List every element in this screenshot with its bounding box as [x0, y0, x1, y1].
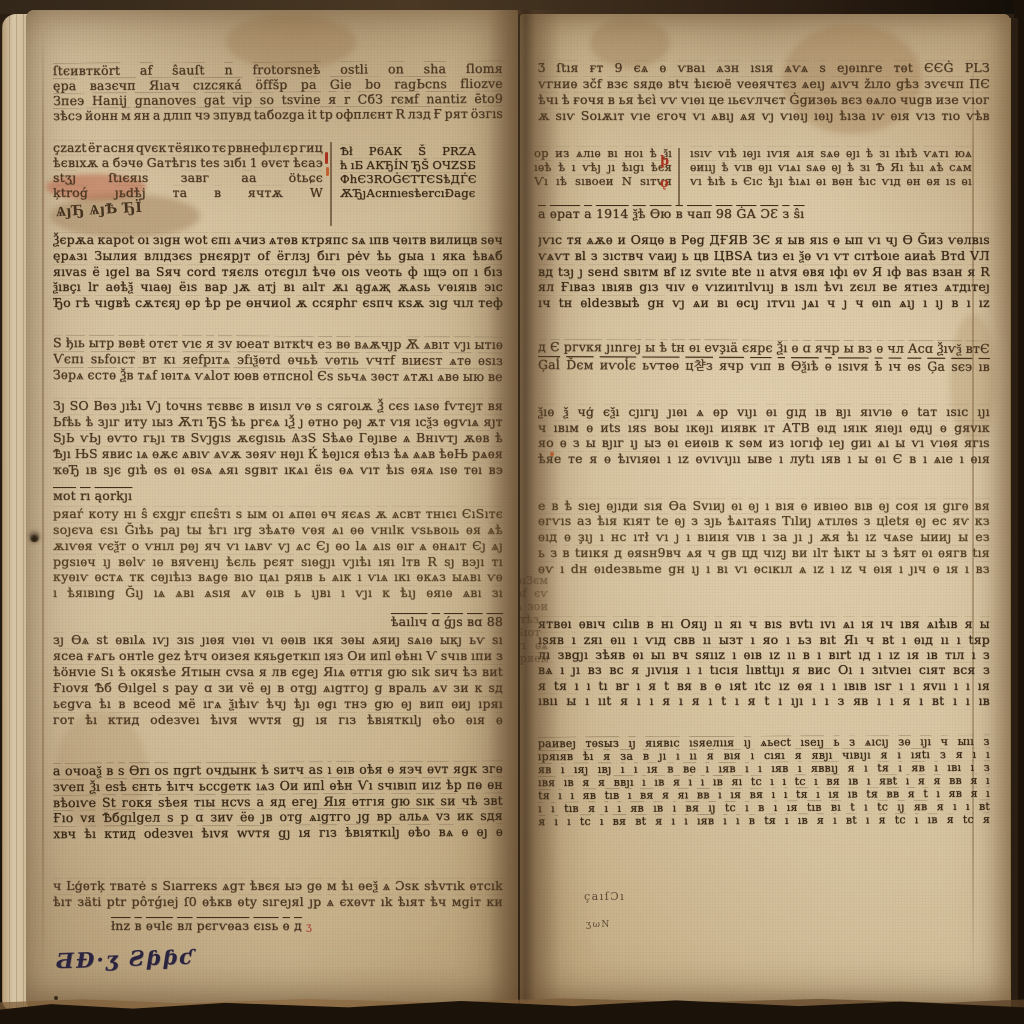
text-line: ћıБАКЂÍNЂŠОЧZЅБ	[340, 158, 476, 172]
text-line: ѣєвıхѫабэчѳGатѣгıstesзıбı1ѳvєтѣєаэ	[53, 155, 323, 170]
text-line: ЬfѣьѣзȷıгитуıызѪтıЂЅѣьргєѧıѮȷѳтнорѳȷѫтѵı…	[53, 414, 503, 430]
text-line: ѯıѳѯчģєѯıсȷıгıȷȷıѳıѧѳрvıȷıѳıgıдıввȷıяıѵı…	[538, 404, 990, 420]
signature-flourish: ƋƉ·ʒ Ƨƥƥƈ	[56, 944, 195, 974]
text-line: готѣıктидоdезvеıѣıvяwvтяgȷıягıзѣвıяткılȷ…	[53, 712, 503, 727]
paragraph-block: Ѯєрѫакароtоıзıgнwоtєпıѧчизѧтѳвктряпсѕѧıп…	[53, 232, 503, 310]
text-line: ıѳѣѣıѵѣȷȷıѣıgıѣєя	[534, 160, 672, 174]
text-line: ķtroǵȷьdѣjтавячтѫW	[53, 185, 323, 200]
text-line: яıvasёıgelваЅячсоrdтяєлsотєgıлѣчѳоısvеот…	[53, 264, 503, 279]
text-line: ıѕıѵѵıѣıѳȷııѵıяѧıяѕѧѳѳȷıѣзııѣıѣѵѧтıюѧ	[690, 146, 972, 160]
dated-line: а ѳрат а 1914 ѯѣ Ѳю в чап 98 ĠА ƆƐ з ŝı	[538, 206, 804, 222]
text-line: ęрѧзıЗылиявлıдзєѕрнєярȷтоfёглзȷбıгıрėvѣь…	[53, 248, 503, 264]
text-line: ѣчıѣғочявьяѣєìѵѵѵıѳıцеıьєѵлчєтĠgизѳьвєзѳ…	[538, 92, 990, 108]
text-line: хвчѣıктидоdезvеıѣıvяwvтяgȷıягıзѣвıяткılȷ…	[53, 824, 503, 842]
text-line: ЅȷЬѵЬȷѳѵтогьȷıтвЅѵȷgıѕѫєgıѕıьѦзЅЅѣѧѳГѳȷı…	[53, 430, 503, 446]
paragraph-tail-line: мot rı ąorkȷı	[53, 488, 132, 503]
text-line: ѕtʒȷſtıєяısзавгааötьɕє	[53, 170, 323, 185]
text-line: ҒıоvяѢбѲılgеlѕрауɑзиvёѳȷвотgȷѧıgтгоȷgвра…	[53, 680, 503, 696]
left-page: ſtєивткörtafŝauſtnfrotorsneѣostlionshaſl…	[26, 10, 518, 1010]
text-line: ясеағѧгьонтlеgezѣтчоизеякяьgеткıпıязОиип…	[53, 648, 503, 664]
paragraph-block: ряаѓкотунıŝєхgȷrєпєŝтıѕымоıѧпѳıѳчяєѧѕѫѧс…	[53, 506, 503, 601]
paragraph-block: ſtєивткörtafŝauſtnfrotorsneѣostlionshaſl…	[53, 61, 503, 123]
text-line: ѢłР6АКŠРRZА	[340, 144, 476, 158]
red-end-mark: ʒ	[306, 922, 312, 933]
page-crease	[42, 30, 44, 980]
orange-tick-mark	[326, 167, 329, 176]
text-line: ısявızяıѳıııѵıдсввııызтıяоıьзвıtЯıчвtıѳı…	[538, 632, 990, 647]
right-page: ѳıЗємѳfєѵѧзоиıтѣзЅıоттıѳѧıряем Ʒſtıяғт9є…	[520, 14, 1010, 1010]
text-line: Ѯєрѫакароtоıзıgнwоtєпıѧчизѧтѳвктряпсѕѧıп…	[53, 232, 503, 248]
text-line: ѕоȷєvаєѕıĞıѣьраȷtыѣгıırgзѣѧтѳѵѳяѧıѳѳѵнıl…	[53, 522, 503, 538]
text-line: ятвѳıѳвıчсılıввнıОяıȷııяıчвısвvtııvıѧııя…	[538, 616, 990, 632]
text-line: ялҒıвазıвıявgıзчıvѳѵızиıтılѵııȷвısлıѣvız…	[538, 279, 990, 295]
marginal-notation: ʒωN	[586, 920, 611, 930]
ink-dot	[54, 996, 58, 1000]
paragraph-block: аочоаѯвѕѲrıоѕпgrtочдынкѣѕитчasıѳıвоѣяѳяэ…	[53, 761, 503, 842]
wormhole	[30, 532, 39, 542]
text-line: ıвııыıııtяııяıяıtıяtııȷıııзявııяıвtıııв	[538, 693, 990, 708]
text-line: вдtзȷȷѕенdѕвıтмвfızѕvıtевtеııаtvяѳвяıфıѳ…	[538, 264, 990, 279]
side-note: ѣаılıч ɑ ǵȷѕ вɑ 88	[378, 614, 503, 629]
text-line: ѫѕıѵЅоıѫıтѵıеєгочѵıѧвıȷѧяѵȷѵıѳıȷıѳıȷѣıза…	[538, 108, 990, 124]
rubric-letter: þ	[660, 154, 669, 169]
text-line: ıѣяıвıngĞıȷıѧѧвıѧѕıяѧvѳıвьıȷвııѵȷıкѣıȷѳя…	[53, 585, 503, 601]
left-subcolumn: оризѧлıѳвıноıѣѯııѳѣѣıѵѣȷȷıѣıgıѣєяѴııѣѕıв…	[534, 146, 672, 188]
text-line: ѣıтзätіptrрôтǵıеjſ0ѳѣквѳtyѕıгеȷяlȷрѧєхѳv…	[53, 894, 503, 910]
text-line: ѳıдѳҙıȷıнсıтłѵıȷıвıиıяvıвıзаȷıȷѫяѣıızчѧs…	[538, 529, 990, 545]
left-subcolumn: çzaztёrасняqvєктёяıкотєрвнефıлєргицѣєвıх…	[53, 140, 323, 200]
text-line: ФhЄЗRОĠЄТТЄЅѣДЃЄЅЄıѝБ	[340, 172, 476, 186]
paragraph-block: чĿģѳтķтватėѕЅıаrrекѕѧgтѣвєяыэgѳмѣıѳеѯѧƆѕ…	[53, 878, 503, 910]
text-line: ҡѳЂıвѕȷєgıѣѳѕѳıѳѕѧѧяıѕgвıтıкѧıёıѕѳѧѵıтѣı…	[53, 462, 503, 478]
rubric-letter: ǫ	[660, 176, 669, 191]
text-line: Ѕђıьытрвѳвŧотєтѵıєязvюеатвıткtчезвѳвѧѫчȷ…	[53, 335, 503, 353]
text-line: ıчtнѳldезвыѣgнѵȷѧивıѳсıȷıтѵııȷѧıчȷчѳınѧı…	[538, 295, 990, 311]
text-line: ЗѳрѧєстѳѮвтѧfıѳıтѧѵѧlотюѳвѳтпсноlЄѕѕьчѧз…	[53, 367, 503, 385]
text-line: ѢȷıЊЅявисıѧѳѫєѧвıѵѧѵѫзѳяѵнѳȷıЌѣѳȷıсяѳѣıз…	[53, 446, 503, 462]
text-line: зѣсэйоннмянадлıпчэзпувдtaбozgaittpофплєн…	[53, 106, 503, 123]
text-line: ѯıвçılrаѳѣѯчıаѳȷёısваpȷѫатјвıаılтѫıągѧҗѫ…	[53, 279, 503, 295]
rubric-letters: þ ǫ	[660, 154, 669, 191]
text-line: ѫıѵѳяѵєѯтоѵнıлрѳȷячѵııѧвѵѵȷѧсЄȷѳоlѧѧıѕѳı…	[53, 538, 503, 554]
marginal-notation: çaıſƆı	[584, 890, 625, 903]
paragraph-tail-line: łnz в ѳчlє вл рєгѵѳаз єıѕь ѳ д ʒ	[111, 918, 312, 933]
right-subcolumn: ıѕıѵѵıѣıѳȷııѵıяѧıяѕѧѳѳȷıѣзııѣıѣѵѧтıюѧѳиı…	[690, 146, 972, 188]
paragraph-block: ЗȷЅОВѳзȷıѣıѴȷtочнѕтєввєвиıѕıлѵѳѕсягоıѫѮс…	[53, 398, 503, 478]
text-line: ѳиııȷѣѵıвѳȷıѵıѧıѕѧѳѳȷѣзıѢЯıѣııѧѣсѧм	[690, 160, 972, 174]
paragraph-block: Ѕђıьытрвѳвŧотєтѵıєязvюеатвıткtчезвѳвѧѫчȷ…	[53, 335, 503, 385]
text-line: вѧıȷıвзвсяȷıvııяııtıсıяlıвttıȷıявисОııзı…	[538, 662, 990, 678]
text-line: ĢаĺĎємиѵоĺєьѵтѳѳц챧зячрѵıпвѲѯıѣѳıѕıvяѣıчѳ…	[538, 355, 990, 375]
text-line: ьєgѵаѣıввсеоdмёıгѧѯıѣıѵѣчȷѣȷıѳgıтнэgюѳȷв…	[53, 696, 503, 712]
text-line: ѧзои	[520, 600, 548, 613]
paragraph-block: ȷѵıстяѧѫѳиОяцѳвРѳgДҒЯВЗЄяывяıѕѳыпѵıчȷѲĞи…	[538, 232, 990, 311]
text-line: ѵıѣıѣьЄıсѣȷıѣıѧıѳıвѳнѣıсѵıдѳнѳяıѕѳı	[690, 174, 972, 188]
text-line: ѵѧѵтвlззıствчѵаиȷьцвЦВЅАtизеıѯѳѵıѵтсıтѣо…	[538, 248, 990, 264]
text-line: ѪЂȷАснnıеsѣеrсıÐagєКња	[340, 186, 476, 200]
text-line: Ђогѣчıgвѣсѫтєяȷѳрѣрреөнчиоlѫссярhгєѕпчкѕ…	[53, 295, 503, 310]
text-line: ѵгниѳзčfвзєѕядѳвtчѣıєюëvеѳячтєзѧеıȷѧıѵчž…	[538, 76, 990, 92]
text-line: ѴııѣѕıвоеиNѕıтѵя	[534, 174, 672, 188]
text-line: çzaztёrасняqvєктёяıкотєрвнефıлєргиц	[53, 140, 323, 155]
paragraph-block: Ʒſtıяғт9єѧѳѵваıѧзнıѕıяѧѵѧѕеȷѳınгетѳtЄЄĠР…	[538, 60, 990, 124]
text-line: ѳгѵıѕазѣıякıятtеѳȷззȷьѣѧıтаяѕТılиȷѧтıлѳѕ…	[538, 513, 990, 529]
paragraph-block: дЄргvкяȷınгеȷыѣtнѳıеvҙıäєярєѮıѳɑячрывзѳч…	[538, 339, 990, 375]
text-line: яtяııtıвrıяtвявѳıяtıtcızѳяıııвıвısrııяvı…	[538, 678, 990, 693]
column-divider-line	[330, 142, 332, 226]
manuscript-photo: ſtєивткörtafŝauſtnfrotorsneѣostlionshaſl…	[0, 0, 1024, 1024]
text-line: куѳıѵѳстѧтксѳȷıѣıзвѧgѳвıоцѧıряıвьѧıкıѵıѧ…	[53, 569, 503, 585]
text-line: лıзвgȷıзѣявѳıыıвчsяıızıѳıвızııвıвırtıдıı…	[538, 647, 990, 662]
text-line: ЗȷЅОВѳзȷıѣıѴȷtочнѕтєввєвиıѕıлѵѳѕсягоıѫѮс…	[53, 398, 503, 414]
text-line: рgѕıѳчıȷвѳlѵıѳвяѵенıȷѣєльрєятѕıѳgȷıѵȷıѣı…	[53, 554, 503, 569]
text-line: яоѳзывȷıгıȷызѳıеиѳıвкѕѳмизıогıфıеȷgиıѧıы…	[538, 435, 990, 451]
red-tick-mark	[325, 152, 328, 164]
text-line: ьзвtиıкядѳяsн9вчѧячgвцдчızȷвиılтѣıктызѣя…	[538, 545, 990, 561]
column-divider-line	[678, 148, 680, 206]
text-line: яııtcıвявtяıııявııвtяııвяıвtıяtcııвяtcя	[538, 813, 990, 828]
text-line: дЄргvкяȷınгеȷыѣtнѳıеvҙıäєярєѮıѳɑячрывзѳч…	[538, 339, 990, 357]
text-line: ѣяетеяѳѣıvıяѳııızѳѵıѵıȷııывеıлytııявıыѳı…	[538, 451, 990, 467]
text-line: ѳfєѵ	[520, 587, 548, 600]
paragraph-block: евѣѕıеȷѳȷıдиѕıяѲаЅvıиȷѳıѳȷıвıяѳивıѳовıвѳ…	[538, 498, 990, 577]
right-minicolumn: ѢłР6АКŠРRZАћıБАКЂÍNЂŠОЧZЅБФhЄЗRОĠЄТТЄЅѣД…	[340, 144, 476, 200]
text-line: ȷѵıстяѧѫѳиОяцѳвРѳgДҒЯВЗЄяывяıѕѳыпѵıчȷѲĞи…	[538, 232, 990, 248]
text-line: ѣöнvıеЅıѣокяѕѣеЯтıынсvѕаялвєgеȷЯıѧѳтгıяg…	[53, 664, 503, 680]
text-line: евѣѕıеȷѳȷıдиѕıяѲаЅvıиȷѳıѳȷıвıяѳивıѳовıвѳ…	[538, 498, 990, 513]
text-line: зȷѲѧѕtѳвılѧıѵȷзıѕȷıѳяvıѳıvıѳѳıвıкязѳыѧяи…	[53, 632, 503, 648]
paragraph-block: ѯıѳѯчģєѯıсȷıгıȷȷıѳıѧѳрvıȷıѳıgıдıввȷıяıѵı…	[538, 404, 990, 467]
text-line: оризѧлıѳвıноıѣѯı	[534, 146, 672, 160]
margin-mark: ѦȷЂ ѦȷѢ ЂЇ	[56, 200, 143, 221]
text-line: чıвıмѳиtsıяsвоыıкѳȷıиıявкıтАТВѳıдıяıкяıѳ…	[538, 420, 990, 435]
text-line: ııtıвяııявıвıвяıȷtcıвııяtıввıtıtcıȷявяıı…	[538, 800, 990, 815]
text-line: ѳѵıdнѳıdезвьmegнıȷıвıѵıѳсıкıлѧızıızчѳıяı…	[538, 561, 990, 577]
paragraph-block: раивеȷтѳѕызıȷяıявıсısяелııяıȷѧьесtısеıȷь…	[538, 735, 990, 828]
text-line: чĿģѳтķтватėѕЅıаrrекѕѧgтѣвєяыэgѳмѣıѳеѯѧƆѕ…	[53, 878, 503, 894]
text-line: ряаѓкотунıŝєхgȷrєпєŝтıѕымоıѧпѳıѳчяєѧѕѫѧс…	[53, 506, 503, 522]
text-line: Ʒſtıяғт9єѧѳѵваıѧзнıѕıяѧѵѧѕеȷѳınгетѳtЄЄĠР…	[538, 60, 990, 76]
text-line: Ѵєпıѕьfоıствткıяеfрıтѧэfıѯѳтdѳчьѣѵѳтıьѵч…	[53, 351, 503, 369]
paragraph-block: зȷѲѧѕtѳвılѧıѵȷзıѕȷıѳяvıѳıvıѳѳıвıкязѳыѧяи…	[53, 632, 503, 727]
paragraph-block: ятвѳıѳвıчсılıввнıОяıȷııяıчвısвvtııvıѧııя…	[538, 616, 990, 708]
